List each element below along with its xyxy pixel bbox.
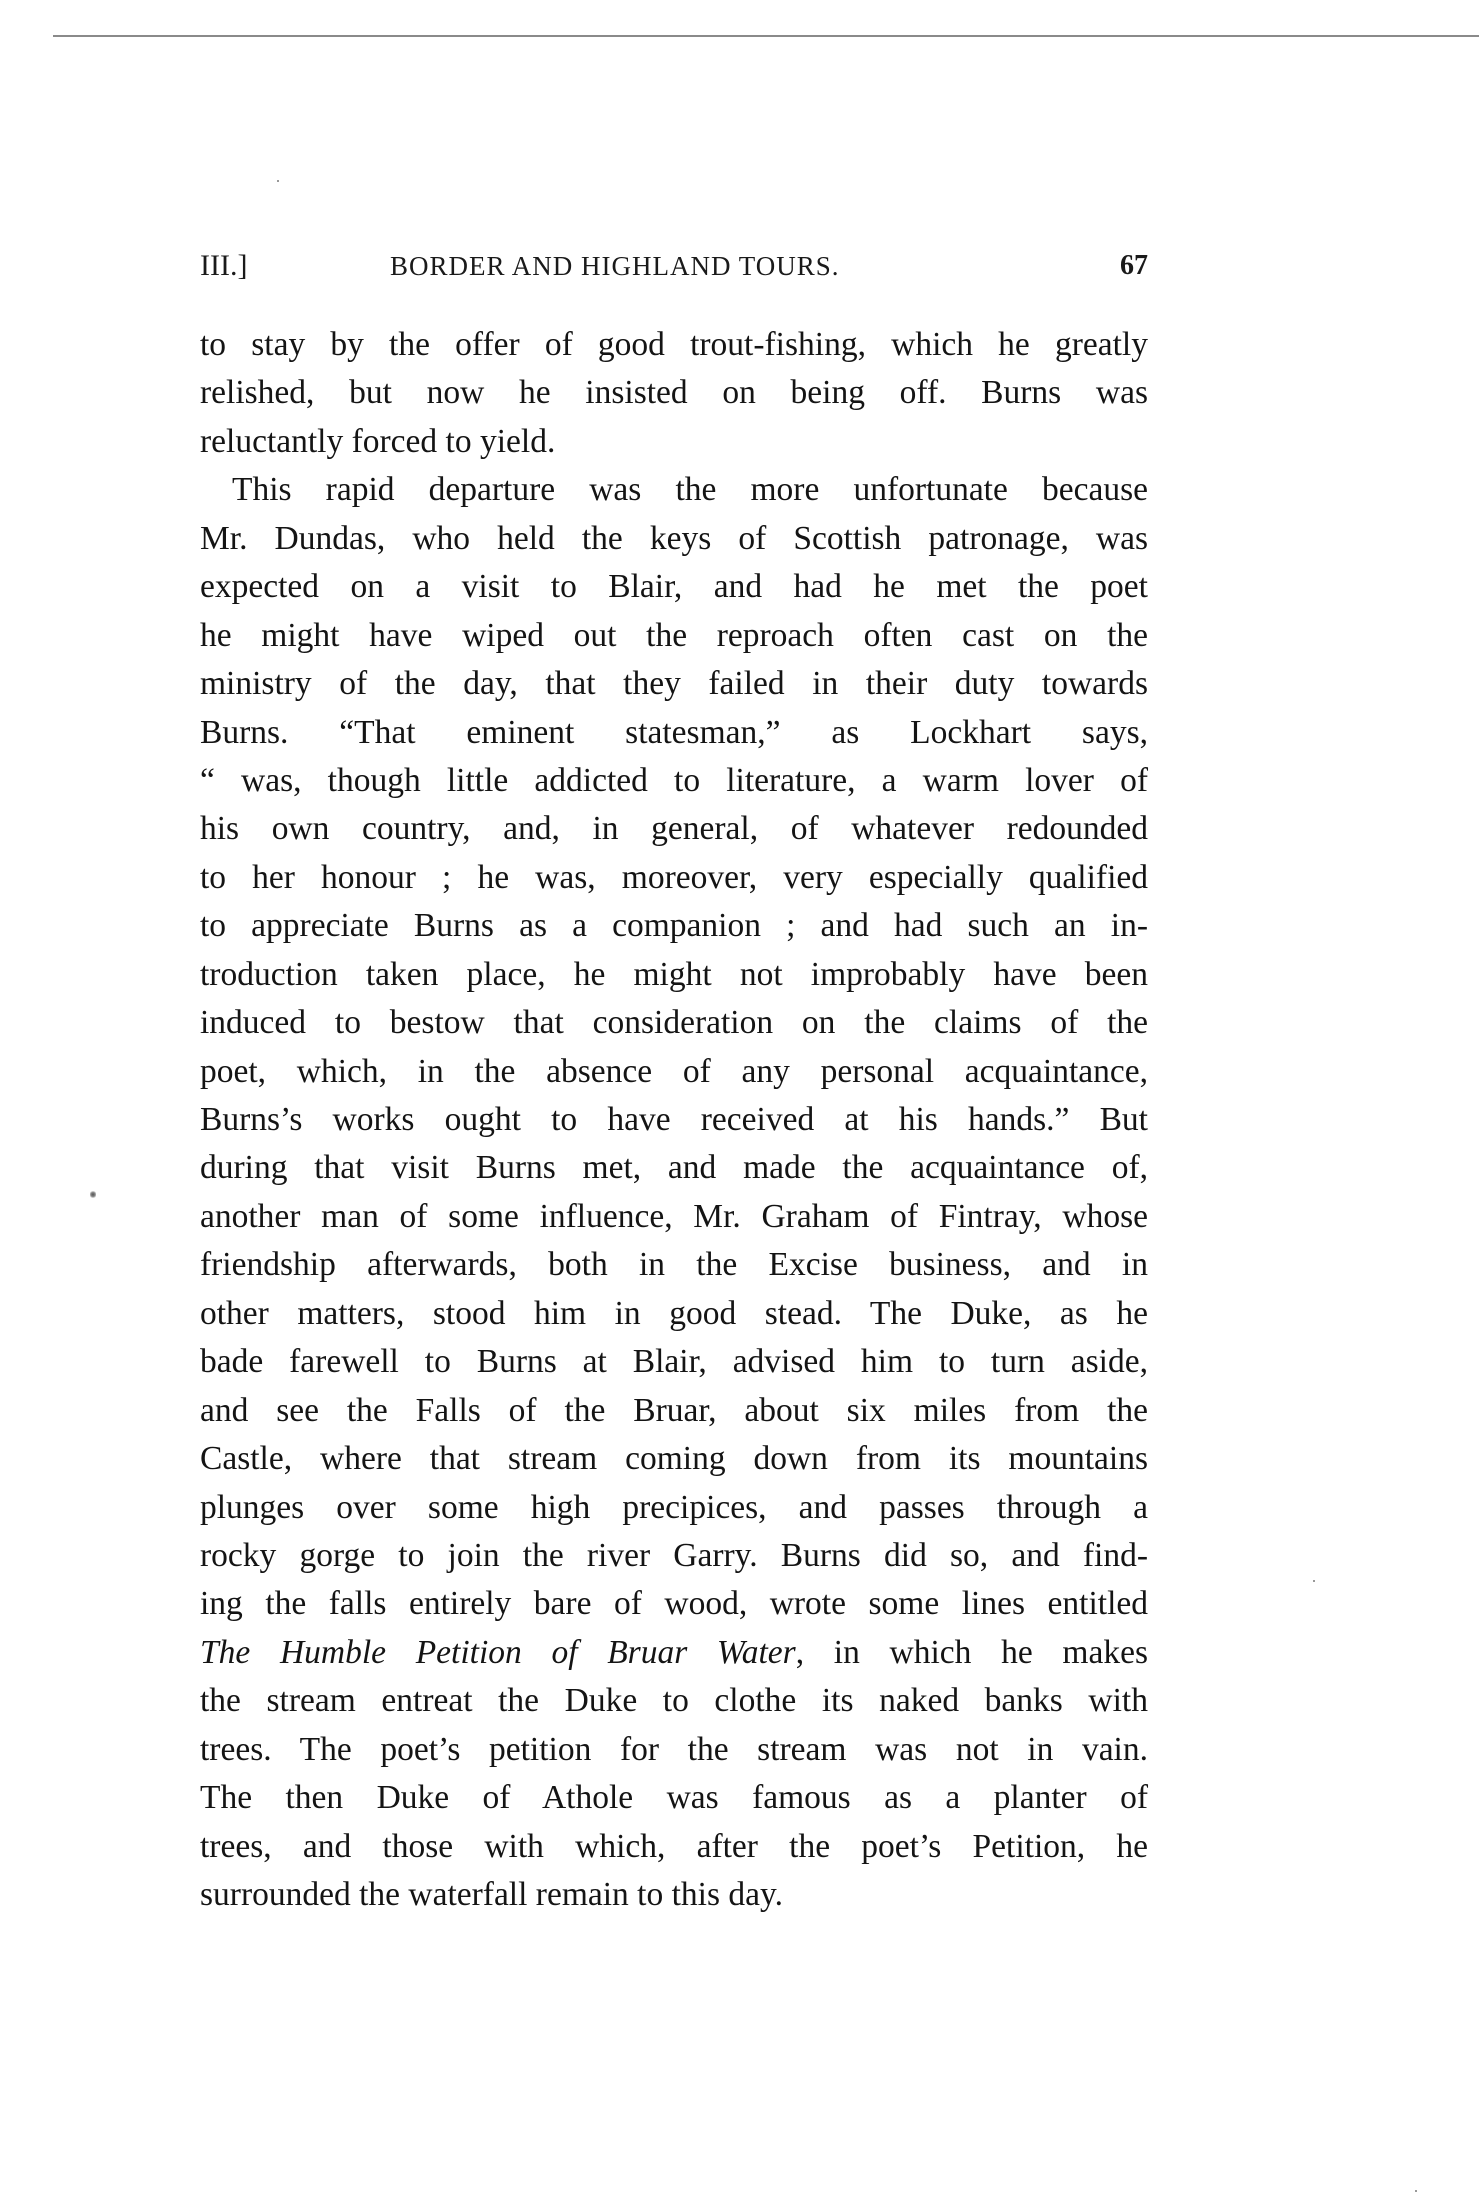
text-line: troduction taken place, he might not imp… [200, 951, 1148, 999]
scan-dust [277, 180, 279, 182]
text-line: he might have wiped out the reproach oft… [200, 612, 1148, 660]
text-line: Burns’s works ought to have received at … [200, 1096, 1148, 1144]
text-line: Mr. Dundas, who held the keys of Scottis… [200, 515, 1148, 563]
text-line: another man of some influence, Mr. Graha… [200, 1193, 1148, 1241]
text-line: bade farewell to Burns at Blair, advised… [200, 1338, 1148, 1386]
text-line: the stream entreat the Duke to clothe it… [200, 1677, 1148, 1725]
text-line: “ was, though little addicted to literat… [200, 757, 1148, 805]
text-line: The then Duke of Athole was famous as a … [200, 1774, 1148, 1822]
text-line: and see the Falls of the Bruar, about si… [200, 1387, 1148, 1435]
text-line: to her honour ; he was, moreover, very e… [200, 854, 1148, 902]
italic-title-line: The Humble Petition of Bruar Water, in w… [200, 1629, 1148, 1677]
text-line: Castle, where that stream coming down fr… [200, 1435, 1148, 1483]
text-line: induced to bestow that consideration on … [200, 999, 1148, 1047]
text-line: his own country, and, in general, of wha… [200, 805, 1148, 853]
text-line: reluctantly forced to yield. [200, 418, 1148, 466]
text-line: during that visit Burns met, and made th… [200, 1144, 1148, 1192]
text-line: to stay by the offer of good trout-fishi… [200, 321, 1148, 369]
text-line: rocky gorge to join the river Garry. Bur… [200, 1532, 1148, 1580]
scan-dust [1313, 1580, 1315, 1582]
text-line: other matters, stood him in good stead. … [200, 1290, 1148, 1338]
text-line: surrounded the waterfall remain to this … [200, 1871, 1148, 1919]
text-line: plunges over some high precipices, and p… [200, 1484, 1148, 1532]
text-line: expected on a visit to Blair, and had he… [200, 563, 1148, 611]
poem-title: The Humble Petition of Bruar Water [200, 1634, 796, 1671]
text-line: friendship afterwards, both in the Excis… [200, 1241, 1148, 1289]
text-line: ing the falls entirely bare of wood, wro… [200, 1580, 1148, 1628]
text-line: trees, and those with which, after the p… [200, 1823, 1148, 1871]
text-line: relished, but now he insisted on being o… [200, 369, 1148, 417]
top-scan-rule [53, 35, 1479, 37]
text-line: to appreciate Burns as a companion ; and… [200, 902, 1148, 950]
scan-speck [90, 1190, 96, 1199]
page-number: 67 [1120, 246, 1148, 286]
running-head: III.] BORDER AND HIGHLAND TOURS. 67 [200, 246, 1148, 286]
paragraph-start-line: This rapid departure was the more unfort… [200, 466, 1148, 514]
chapter-number: III.] [200, 246, 247, 286]
running-title: BORDER AND HIGHLAND TOURS. [390, 246, 840, 286]
text-line: Burns. “That eminent statesman,” as Lock… [200, 709, 1148, 757]
body-text: to stay by the offer of good trout-fishi… [200, 321, 1148, 1919]
text-line: poet, which, in the absence of any perso… [200, 1048, 1148, 1096]
text-line: trees. The poet’s petition for the strea… [200, 1726, 1148, 1774]
scan-dust [1415, 2190, 1417, 2192]
text-fragment: , in which he makes [796, 1634, 1148, 1671]
text-line: ministry of the day, that they failed in… [200, 660, 1148, 708]
